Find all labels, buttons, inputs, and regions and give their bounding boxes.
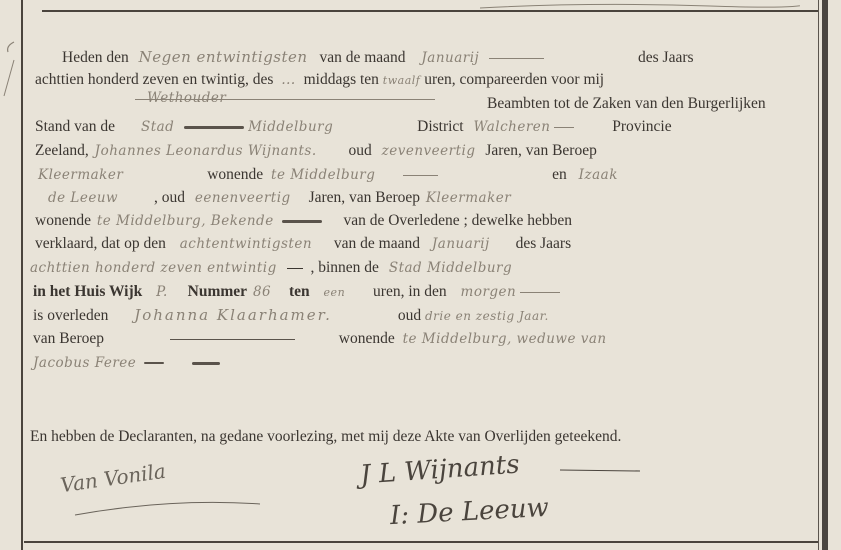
margin-note-mark <box>0 40 20 100</box>
printed-text: middags ten <box>304 71 379 88</box>
record-line-2: achttien honderd zeven en twintig, des .… <box>35 71 604 90</box>
handwritten-declarant2-occupation: Kleermaker <box>426 190 511 206</box>
handwritten-district: Walcheren <box>474 119 551 135</box>
closing-statement: En hebben de Declaranten, na gedane voor… <box>30 428 621 446</box>
filler-dash <box>287 268 303 269</box>
handwritten-time-of-day: morgen <box>461 284 517 300</box>
handwritten-declarant2-surname: de Leeuw <box>48 190 118 206</box>
printed-text: Provincie <box>612 118 671 135</box>
record-line-10: achttien honderd zeven entwintig , binne… <box>30 259 512 277</box>
printed-text: van de Overledene ; dewelke hebben <box>343 212 572 229</box>
printed-text: , binnen de <box>311 259 379 276</box>
printed-text: Jaren, van Beroep <box>485 142 596 159</box>
printed-text: En hebben de Declaranten, na gedane voor… <box>30 428 621 445</box>
handwritten-death-day: achtentwintigsten <box>180 236 312 252</box>
record-line-9: verklaard, dat op den achtentwintigsten … <box>35 235 571 253</box>
printed-text: en <box>552 166 567 183</box>
printed-text: van de maand <box>319 49 405 66</box>
record-line-12: is overleden Johanna Klaarhamer. oud dri… <box>33 306 549 325</box>
handwritten-place-type: Stad <box>141 119 174 135</box>
printed-text: wonende <box>339 330 395 347</box>
ink-flourish <box>282 220 322 223</box>
handwritten-deceased-age: drie en zestig Jaar. <box>425 309 549 323</box>
frame-right-border-thick <box>822 0 828 550</box>
record-line-13: van Beroep wonende te Middelburg, weduwe… <box>33 330 607 348</box>
printed-text: verklaard, dat op den <box>35 235 166 252</box>
handwritten-house-number: 86 <box>253 284 271 300</box>
handwritten-declarant1-name: Johannes Leonardus Wijnants. <box>95 143 317 159</box>
handwritten-declarant1-age: zevenveertig <box>382 143 476 159</box>
record-line-11: in het Huis Wijk P. Nummer 86 ten een ur… <box>33 283 560 302</box>
handwritten-filler: ... <box>281 72 295 88</box>
printed-text: des Jaars <box>516 235 572 252</box>
printed-text: Heden den <box>62 49 129 66</box>
printed-text: van Beroep <box>33 330 104 347</box>
printed-text: Zeeland, <box>35 142 89 159</box>
signature-underline <box>70 490 270 520</box>
handwritten-death-place: Stad Middelburg <box>389 260 512 276</box>
handwritten-deceased-name: Johanna Klaarhamer. <box>134 306 332 324</box>
filler-dash <box>520 292 560 293</box>
handwritten-hour: een <box>324 286 346 299</box>
top-rule <box>42 10 818 12</box>
printed-text: wonende <box>207 166 263 183</box>
signature-declarant1: J L Wijnants <box>359 449 520 490</box>
record-line-4: Stand van de Stad Middelburg District Wa… <box>35 118 672 136</box>
printed-text: , oud <box>154 189 185 206</box>
filler-line <box>135 99 435 100</box>
printed-text: oud <box>398 307 421 324</box>
printed-text: ten <box>289 283 310 300</box>
handwritten-day: Negen entwintigsten <box>139 48 308 66</box>
signature-tail <box>560 465 640 475</box>
signature-declarant2: I: De Leeuw <box>389 493 549 531</box>
handwritten-declarant1-residence: te Middelburg <box>271 167 375 183</box>
printed-text: uren, in den <box>373 283 447 300</box>
handwritten-month: Januarij <box>421 50 479 66</box>
previous-entry-scrawl <box>470 0 800 10</box>
filler-dash <box>489 58 544 59</box>
printed-text: in het Huis Wijk <box>33 283 142 300</box>
record-line-7: de Leeuw , oud eenenveertig Jaren, van B… <box>48 189 511 207</box>
record-line-5: Zeeland, Johannes Leonardus Wijnants. ou… <box>35 142 597 160</box>
handwritten-declarant2-residence: te Middelburg, Bekende <box>97 213 274 229</box>
handwritten-city: Middelburg <box>248 119 333 135</box>
printed-text: District <box>417 118 464 135</box>
handwritten-death-month: Januarij <box>432 236 490 252</box>
filler-dash <box>403 175 438 176</box>
ink-flourish <box>144 362 164 364</box>
document-page: Heden den Negen entwintigsten van de maa… <box>0 0 841 550</box>
record-line-1: Heden den Negen entwintigsten van de maa… <box>62 48 694 67</box>
filler-dash <box>554 127 574 128</box>
printed-text: Beambten tot de Zaken van den Burgerlijk… <box>487 95 766 113</box>
printed-text: des Jaars <box>638 49 694 66</box>
printed-text: van de maand <box>334 235 420 252</box>
printed-text: Stand van de <box>35 118 115 135</box>
ink-flourish <box>184 126 244 129</box>
printed-text: Jaren, van Beroep <box>309 189 420 206</box>
record-line-14: Jacobus Feree <box>33 354 220 372</box>
bottom-rule <box>24 541 818 543</box>
printed-text: wonende <box>35 212 91 229</box>
filler-line <box>170 339 295 340</box>
handwritten-declarant1-occupation: Kleermaker <box>38 167 123 183</box>
frame-right-border-thin <box>818 0 819 550</box>
record-line-8: wonende te Middelburg, Bekende van de Ov… <box>35 212 572 230</box>
handwritten-hour: twaalf <box>383 74 421 87</box>
handwritten-declarant2-firstname: Izaak <box>579 167 618 183</box>
handwritten-deceased-residence: te Middelburg, weduwe van <box>403 331 607 347</box>
printed-text: is overleden <box>33 307 108 324</box>
record-line-6: Kleermaker wonende te Middelburg en Izaa… <box>38 166 618 184</box>
handwritten-spouse-name: Jacobus Feree <box>33 355 136 371</box>
printed-text: oud <box>349 142 372 159</box>
handwritten-declarant2-age: eenenveertig <box>195 190 291 206</box>
filler-dash <box>192 362 220 365</box>
handwritten-death-year: achttien honderd zeven entwintig <box>30 260 277 276</box>
printed-text: Nummer <box>188 283 247 300</box>
printed-text: achttien honderd zeven en twintig, des <box>35 71 273 88</box>
frame-left-border <box>21 0 23 550</box>
handwritten-ward: P. <box>156 284 168 300</box>
handwritten-office: Wethouder <box>147 89 226 107</box>
printed-text: uren, compareerden voor mij <box>424 71 604 88</box>
